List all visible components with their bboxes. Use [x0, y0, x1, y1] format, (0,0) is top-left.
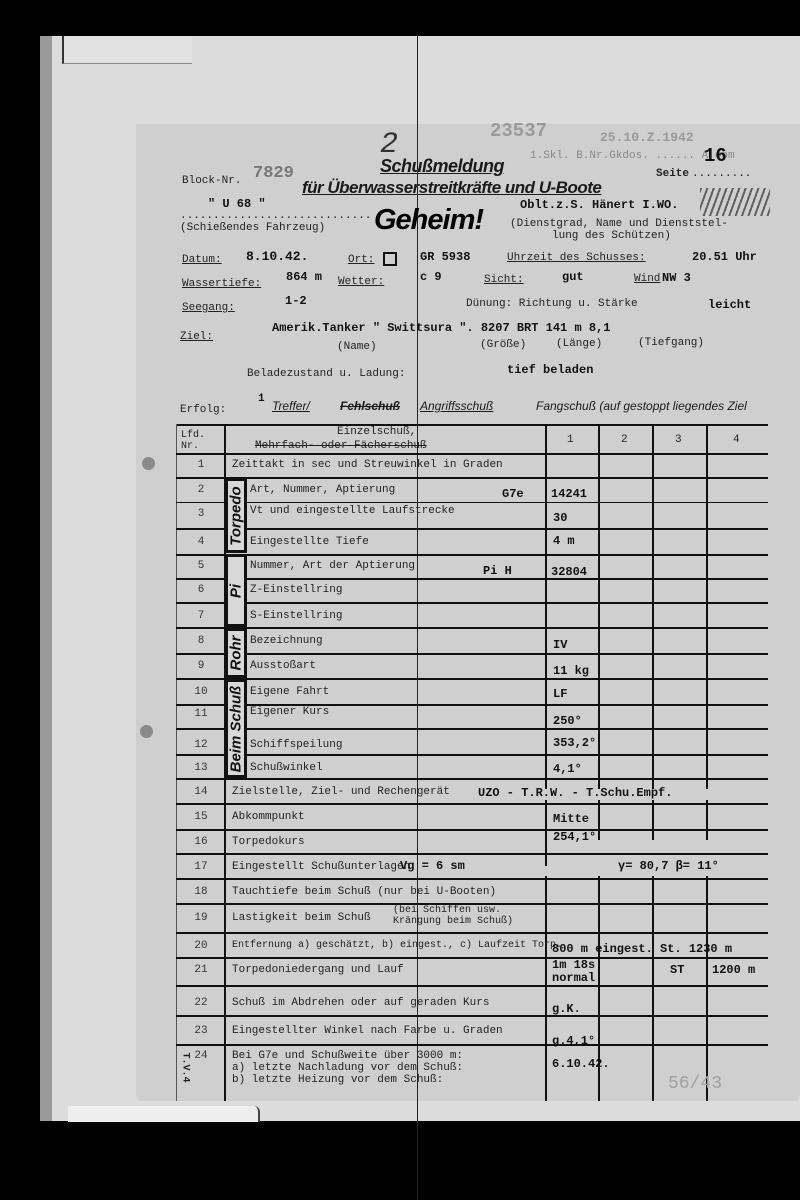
- value-col1: 6.10.42.: [552, 1057, 610, 1071]
- value-col1: 250°: [553, 714, 582, 728]
- bottom-tab: [68, 1106, 260, 1122]
- row-number: 23: [177, 1025, 225, 1037]
- row-number: 3: [177, 508, 225, 520]
- row-label: Eigene Fahrt: [250, 686, 329, 698]
- col-header-4: 4: [733, 434, 740, 446]
- handwritten-scribble: [700, 188, 770, 216]
- visibility-label: Sicht:: [484, 274, 524, 286]
- wind-value: NW 3: [662, 271, 691, 285]
- location-label: Ort:: [348, 254, 374, 266]
- row-number: 5: [177, 560, 225, 572]
- row-number: 22: [177, 997, 225, 1009]
- row-line: [176, 932, 768, 934]
- header-desc-2: Mehrfach- oder Fächerschuß: [255, 440, 427, 452]
- value-col1: Mitte: [553, 812, 589, 826]
- value-col1: 353,2°: [553, 736, 596, 750]
- row-number: 11: [177, 708, 225, 720]
- row-line: [176, 728, 768, 730]
- date-label: Datum:: [182, 254, 222, 266]
- value-col1: 254,1°: [553, 830, 596, 844]
- row-line: [176, 678, 768, 680]
- sea-label: Seegang:: [182, 302, 235, 314]
- block-number-value: 7829: [253, 164, 294, 183]
- row-number: 17: [177, 861, 225, 873]
- shooter-caption-2: lung des Schützen): [552, 230, 671, 242]
- date-stamp: 25.10.Z.1942: [600, 130, 694, 145]
- visibility-value: gut: [562, 270, 584, 284]
- vessel-dots: .............................: [180, 210, 371, 222]
- col-divider-1b: [545, 800, 547, 866]
- row-label: Torpedoniedergang und Lauf: [232, 964, 404, 976]
- row-line: [176, 878, 768, 880]
- row-label: Eingestellt Schußunterlagen: [232, 861, 410, 873]
- run-value: 1m 18s normal: [552, 959, 602, 985]
- group-pi: Pi: [225, 554, 247, 627]
- result-count: 1: [258, 393, 265, 405]
- value-col1: g.4,1°: [552, 1034, 595, 1048]
- page-label: Seite: [656, 168, 689, 180]
- result-hit: Treffer/: [272, 399, 310, 413]
- value-col1: 32804: [551, 565, 587, 579]
- row-number: 19: [177, 912, 225, 924]
- wind-label: Wind: [634, 273, 660, 285]
- row-number: 13: [177, 762, 225, 774]
- swell-value: leicht: [708, 298, 751, 312]
- col-divider-3c: [652, 876, 654, 1101]
- row-number: 4: [177, 536, 225, 548]
- row-number: 8: [177, 635, 225, 647]
- location-checkbox: [383, 252, 397, 266]
- value-col1: 14241: [551, 487, 587, 501]
- row-label: Nummer, Art der Aptierung: [250, 560, 415, 572]
- angle-values: γ= 80,7 β= 11°: [618, 859, 719, 873]
- value-col1: IV: [553, 638, 567, 652]
- col-divider-4c: [706, 876, 708, 1101]
- archive-number-stamp: 23537: [490, 120, 547, 142]
- bottom-number-stamp: 56/43: [668, 1074, 722, 1094]
- row-line: [176, 1044, 768, 1046]
- row-label: Entfernung a) geschätzt, b) eingest., c)…: [232, 940, 562, 951]
- col-header-2: 2: [621, 434, 628, 446]
- block-number-label: Block-Nr.: [182, 175, 241, 187]
- swell-label: Dünung: Richtung u. Stärke: [466, 298, 638, 310]
- row-line: [176, 602, 768, 604]
- row-label: Ausstoßart: [250, 660, 316, 672]
- result-attack: Angriffsschuß: [420, 399, 493, 413]
- result-catch: Fangschuß (auf gestoppt liegendes Ziel: [536, 399, 747, 413]
- row-line: [176, 627, 768, 629]
- row-label: Zeittakt in sec und Streuwinkel in Grade…: [232, 459, 503, 471]
- target-value: Amerik.Tanker " Swittsura ". 8207 BRT 14…: [272, 321, 610, 335]
- row-label: Eigener Kurs: [250, 706, 329, 718]
- shooter-caption-1: (Dienstgrad, Name und Dienststel-: [510, 218, 728, 230]
- pistol-type-note: Pi H: [483, 564, 512, 578]
- row-label: Schußwinkel: [250, 762, 323, 774]
- row-number: 9: [177, 660, 225, 672]
- target-caption-name: (Name): [337, 341, 377, 353]
- row-number: 21: [177, 964, 225, 976]
- row-line: [176, 502, 768, 503]
- col-divider-3b: [652, 800, 654, 840]
- value-col1: 4 m: [553, 534, 575, 548]
- date-value: 8.10.42.: [246, 249, 308, 264]
- col-header-3: 3: [675, 434, 682, 446]
- row-number: 12: [177, 739, 225, 751]
- target-caption-size: (Größe): [480, 339, 526, 351]
- row-line: [176, 803, 768, 805]
- row-number: 14: [177, 786, 225, 798]
- row-number: 2: [177, 484, 225, 496]
- row-label: Schuß im Abdrehen oder auf geraden Kurs: [232, 997, 489, 1009]
- row-label: Torpedokurs: [232, 836, 305, 848]
- result-label: Erfolg:: [180, 404, 226, 416]
- header-desc-1: Einzelschuß,: [337, 426, 416, 438]
- location-value: GR 5938: [420, 250, 470, 264]
- secret-stamp: Geheim!: [374, 204, 483, 237]
- row-line: [176, 578, 768, 580]
- row-line: [176, 957, 768, 959]
- row-line: [176, 985, 768, 987]
- row-label: Zielstelle, Ziel- und Rechengerät: [232, 786, 450, 798]
- aiming-device-note: UZO - T.R.W. - T.Schu.Empf.: [478, 786, 672, 800]
- punch-hole-bottom: [140, 725, 153, 738]
- row-label: Lastigkeit beim Schuß: [232, 912, 371, 924]
- row-line: [176, 453, 768, 455]
- row-label: Schiffspeilung: [250, 739, 342, 751]
- weather-label: Wetter:: [338, 276, 384, 288]
- target-caption-length: (Länge): [556, 338, 602, 350]
- row-line: [176, 829, 768, 831]
- result-miss: Fehlschuß: [340, 399, 400, 413]
- row-number: 7: [177, 610, 225, 622]
- value-col1: g.K.: [552, 1002, 581, 1016]
- vessel-value: " U 68 ": [208, 197, 266, 211]
- row-label: Art, Nummer, Aptierung: [250, 484, 395, 496]
- row-label: S-Einstellring: [250, 610, 342, 622]
- row-label: Vt und eingestellte Laufstrecke: [250, 505, 455, 517]
- col-header-1: 1: [567, 434, 574, 446]
- row-number: 1: [177, 459, 225, 471]
- value-col1: LF: [553, 687, 567, 701]
- heel-note: (bei Schiffen usw. Krängung beim Schuß): [393, 905, 543, 927]
- target-label: Ziel:: [180, 331, 213, 343]
- row-line: [176, 477, 768, 479]
- row-label: Z-Einstellring: [250, 584, 342, 596]
- header-nr: Nr.: [181, 441, 199, 452]
- row-number: 16: [177, 836, 225, 848]
- page-number: 16: [704, 145, 727, 167]
- row-number: 15: [177, 811, 225, 823]
- group-torpedo: Torpedo: [225, 478, 247, 553]
- row-line: [176, 554, 768, 556]
- row-label: Bezeichnung: [250, 635, 323, 647]
- row-line: [176, 528, 768, 530]
- punch-hole-top: [142, 457, 155, 470]
- col-divider-4b: [706, 800, 708, 840]
- row-number: 18: [177, 886, 225, 898]
- run-col4: 1200 m: [712, 963, 755, 977]
- group-rohr: Rohr: [225, 628, 247, 678]
- time-label: Uhrzeit des Schusses:: [507, 252, 646, 264]
- load-label: Beladezustand u. Ladung:: [247, 368, 405, 380]
- group-beim-schuss: Beim Schuß: [225, 679, 247, 778]
- header-lfd: Lfd.: [181, 430, 205, 441]
- run-col3: ST: [670, 963, 684, 977]
- time-value: 20.51 Uhr: [692, 250, 757, 264]
- row-label: Eingestellte Tiefe: [250, 536, 369, 548]
- page-edge-shadow: [40, 36, 52, 1121]
- weather-value: c 9: [420, 270, 442, 284]
- value-col1: 11 kg: [553, 664, 589, 678]
- row-label-sub-b: b) letzte Heizung vor dem Schuß:: [232, 1074, 443, 1086]
- load-value: tief beladen: [507, 363, 593, 377]
- margin-code: T.V.4: [180, 1052, 191, 1082]
- vessel-caption: (Schießendes Fahrzeug): [180, 222, 325, 234]
- row-number: 20: [177, 940, 225, 952]
- value-col1: 30: [553, 511, 567, 525]
- col-divider-2b: [598, 800, 600, 840]
- table-top-border: [176, 424, 768, 426]
- sea-value: 1-2: [285, 294, 307, 308]
- row-line: [176, 778, 768, 780]
- target-caption-draught: (Tiefgang): [638, 337, 704, 349]
- row-line: [176, 853, 768, 855]
- row-label: Tauchtiefe beim Schuß (nur bei U-Booten): [232, 886, 496, 898]
- form-title: Schußmeldung: [380, 156, 504, 177]
- speed-note: Vg = 6 sm: [400, 859, 465, 873]
- row-label: Bei G7e und Schußweite über 3000 m:: [232, 1050, 463, 1062]
- folded-corner: [62, 36, 192, 64]
- value-col1: 4,1°: [553, 762, 582, 776]
- row-label: Eingestellter Winkel nach Farbe u. Grade…: [232, 1025, 503, 1037]
- form-subtitle: für Überwasserstreitkräfte und U-Boote: [302, 178, 601, 198]
- col-divider-1c: [545, 876, 547, 1101]
- page-dots: .........: [692, 168, 751, 180]
- row-line: [176, 754, 768, 756]
- depth-label: Wassertiefe:: [182, 278, 261, 290]
- row-number: 6: [177, 584, 225, 596]
- row-label: Abkommpunkt: [232, 811, 305, 823]
- row-line: [176, 1015, 768, 1017]
- shooter-value: Oblt.z.S. Hänert I.WO.: [520, 198, 678, 212]
- row-label-sub-a: a) letzte Nachladung vor dem Schuß:: [232, 1062, 463, 1074]
- depth-value: 864 m: [286, 270, 322, 284]
- range-value: 800 m eingest. St. 1230 m: [552, 942, 732, 956]
- row-number: 10: [177, 686, 225, 698]
- row-line: [176, 653, 768, 655]
- torpedo-type-note: G7e: [502, 487, 524, 501]
